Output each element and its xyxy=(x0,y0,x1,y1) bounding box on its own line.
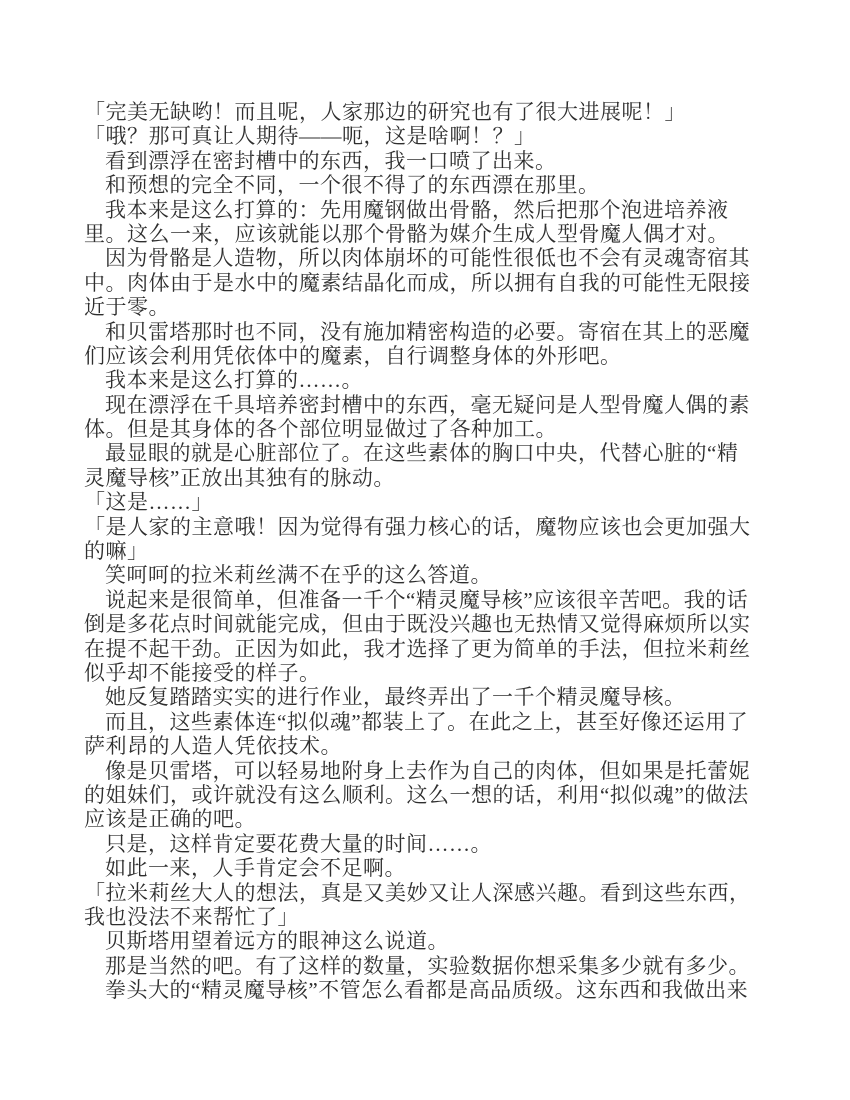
text-line: 和预想的完全不同，一个很不得了的东西漂在那里。 xyxy=(84,173,784,197)
text-line: 灵魔导核”正放出其独有的脉动。 xyxy=(84,466,784,490)
text-line: 看到漂浮在密封槽中的东西，我一口喷了出来。 xyxy=(84,149,784,173)
text-line: 萨利昂的人造人凭依技术。 xyxy=(84,734,784,758)
text-line: 因为骨骼是人造物，所以肉体崩坏的可能性很低也不会有灵魂寄宿其 xyxy=(84,246,784,270)
text-line: 「哦？那可真让人期待——呃，这是啥啊！？」 xyxy=(84,124,784,148)
text-line: 只是，这样肯定要花费大量的时间……。 xyxy=(84,832,784,856)
novel-text-block: 「完美无缺哟！而且呢，人家那边的研究也有了很大进展呢！」「哦？那可真让人期待——… xyxy=(84,100,784,1002)
text-line: 而且，这些素体连“拟似魂”都装上了。在此之上，甚至好像还运用了 xyxy=(84,710,784,734)
text-line: 在提不起干劲。正因为如此，我才选择了更为简单的手法，但拉米莉丝 xyxy=(84,637,784,661)
text-line: 最显眼的就是心脏部位了。在这些素体的胸口中央，代替心脏的“精 xyxy=(84,441,784,465)
text-line: 似乎却不能接受的样子。 xyxy=(84,661,784,685)
text-line: 们应该会利用凭依体中的魔素，自行调整身体的外形吧。 xyxy=(84,344,784,368)
text-line: 说起来是很简单，但准备一千个“精灵魔导核”应该很辛苦吧。我的话 xyxy=(84,588,784,612)
text-line: 的嘛」 xyxy=(84,539,784,563)
text-line: 如此一来，人手肯定会不足啊。 xyxy=(84,856,784,880)
text-line: 近于零。 xyxy=(84,295,784,319)
text-line: 和贝雷塔那时也不同，没有施加精密构造的必要。寄宿在其上的恶魔 xyxy=(84,320,784,344)
text-line: 那是当然的吧。有了这样的数量，实验数据你想采集多少就有多少。 xyxy=(84,954,784,978)
text-line: 我本来是这么打算的……。 xyxy=(84,368,784,392)
text-line: 拳头大的“精灵魔导核”不管怎么看都是高品质级。这东西和我做出来 xyxy=(84,978,784,1002)
text-line: 「拉米莉丝大人的想法，真是又美妙又让人深感兴趣。看到这些东西， xyxy=(84,881,784,905)
text-line: 「这是……」 xyxy=(84,490,784,514)
text-line: 她反复踏踏实实的进行作业，最终弄出了一千个精灵魔导核。 xyxy=(84,685,784,709)
text-line: 体。但是其身体的各个部位明显做过了各种加工。 xyxy=(84,417,784,441)
text-line: 贝斯塔用望着远方的眼神这么说道。 xyxy=(84,929,784,953)
text-line: 笑呵呵的拉米莉丝满不在乎的这么答道。 xyxy=(84,563,784,587)
text-line: 「是人家的主意哦！因为觉得有强力核心的话，魔物应该也会更加强大 xyxy=(84,515,784,539)
text-line: 中。肉体由于是水中的魔素结晶化而成，所以拥有自我的可能性无限接 xyxy=(84,271,784,295)
text-line: 里。这么一来，应该就能以那个骨骼为媒介生成人型骨魔人偶才对。 xyxy=(84,222,784,246)
text-line: 应该是正确的吧。 xyxy=(84,807,784,831)
text-line: 现在漂浮在千具培养密封槽中的东西，毫无疑问是人型骨魔人偶的素 xyxy=(84,393,784,417)
text-line: 「完美无缺哟！而且呢，人家那边的研究也有了很大进展呢！」 xyxy=(84,100,784,124)
text-line: 像是贝雷塔，可以轻易地附身上去作为自己的肉体，但如果是托蕾妮 xyxy=(84,759,784,783)
text-line: 倒是多花点时间就能完成，但由于既没兴趣也无热情又觉得麻烦所以实 xyxy=(84,612,784,636)
text-line: 我本来是这么打算的：先用魔钢做出骨骼，然后把那个泡进培养液 xyxy=(84,198,784,222)
text-line: 我也没法不来帮忙了」 xyxy=(84,905,784,929)
text-line: 的姐妹们，或许就没有这么顺利。这么一想的话，利用“拟似魂”的做法 xyxy=(84,783,784,807)
